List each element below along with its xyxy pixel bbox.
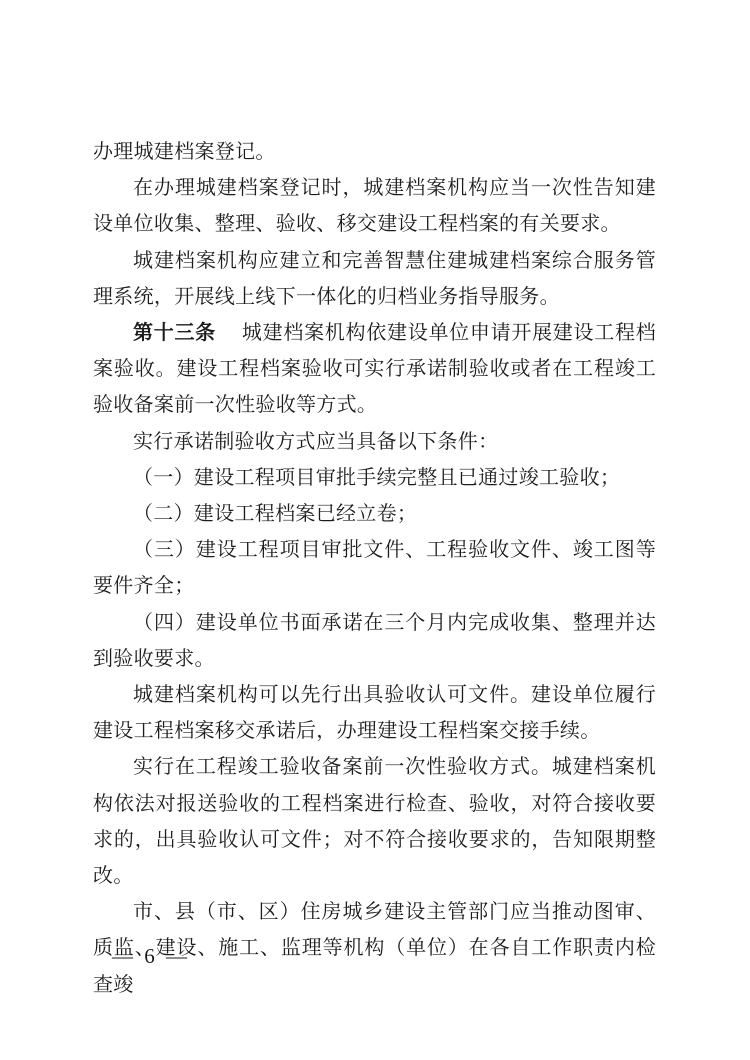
paragraph-list-item-1: （一）建设工程项目审批手续完整且已通过竣工验收； [93,460,656,496]
document-body: 办理城建档案登记。 在办理城建档案登记时，城建档案机构应当一次性告知建设单位收集… [93,134,656,1003]
paragraph-article-13: 第十三条城建档案机构依建设单位申请开展建设工程档案验收。建设工程档案验收可实行承… [93,315,656,424]
paragraph: 实行在工程竣工验收备案前一次性验收方式。城建档案机构依法对报送验收的工程档案进行… [93,749,656,894]
article-number: 第十三条 [133,322,216,344]
paragraph-list-item-3: （三）建设工程项目审批文件、工程验收文件、竣工图等要件齐全； [93,532,656,604]
paragraph: 城建档案机构应建立和完善智慧住建城建档案综合服务管理系统，开展线上线下一体化的归… [93,243,656,315]
page-number: — 6 — [112,944,190,969]
paragraph: 实行承诺制验收方式应当具备以下条件： [93,424,656,460]
paragraph: 在办理城建档案登记时，城建档案机构应当一次性告知建设单位收集、整理、验收、移交建… [93,170,656,242]
document-page: 办理城建档案登记。 在办理城建档案登记时，城建档案机构应当一次性告知建设单位收集… [0,0,750,1060]
paragraph-list-item-4: （四）建设单位书面承诺在三个月内完成收集、整理并达到验收要求。 [93,605,656,677]
paragraph-continuation: 办理城建档案登记。 [93,134,656,170]
paragraph-list-item-2: （二）建设工程档案已经立卷； [93,496,656,532]
paragraph: 城建档案机构可以先行出具验收认可文件。建设单位履行建设工程档案移交承诺后，办理建… [93,677,656,749]
